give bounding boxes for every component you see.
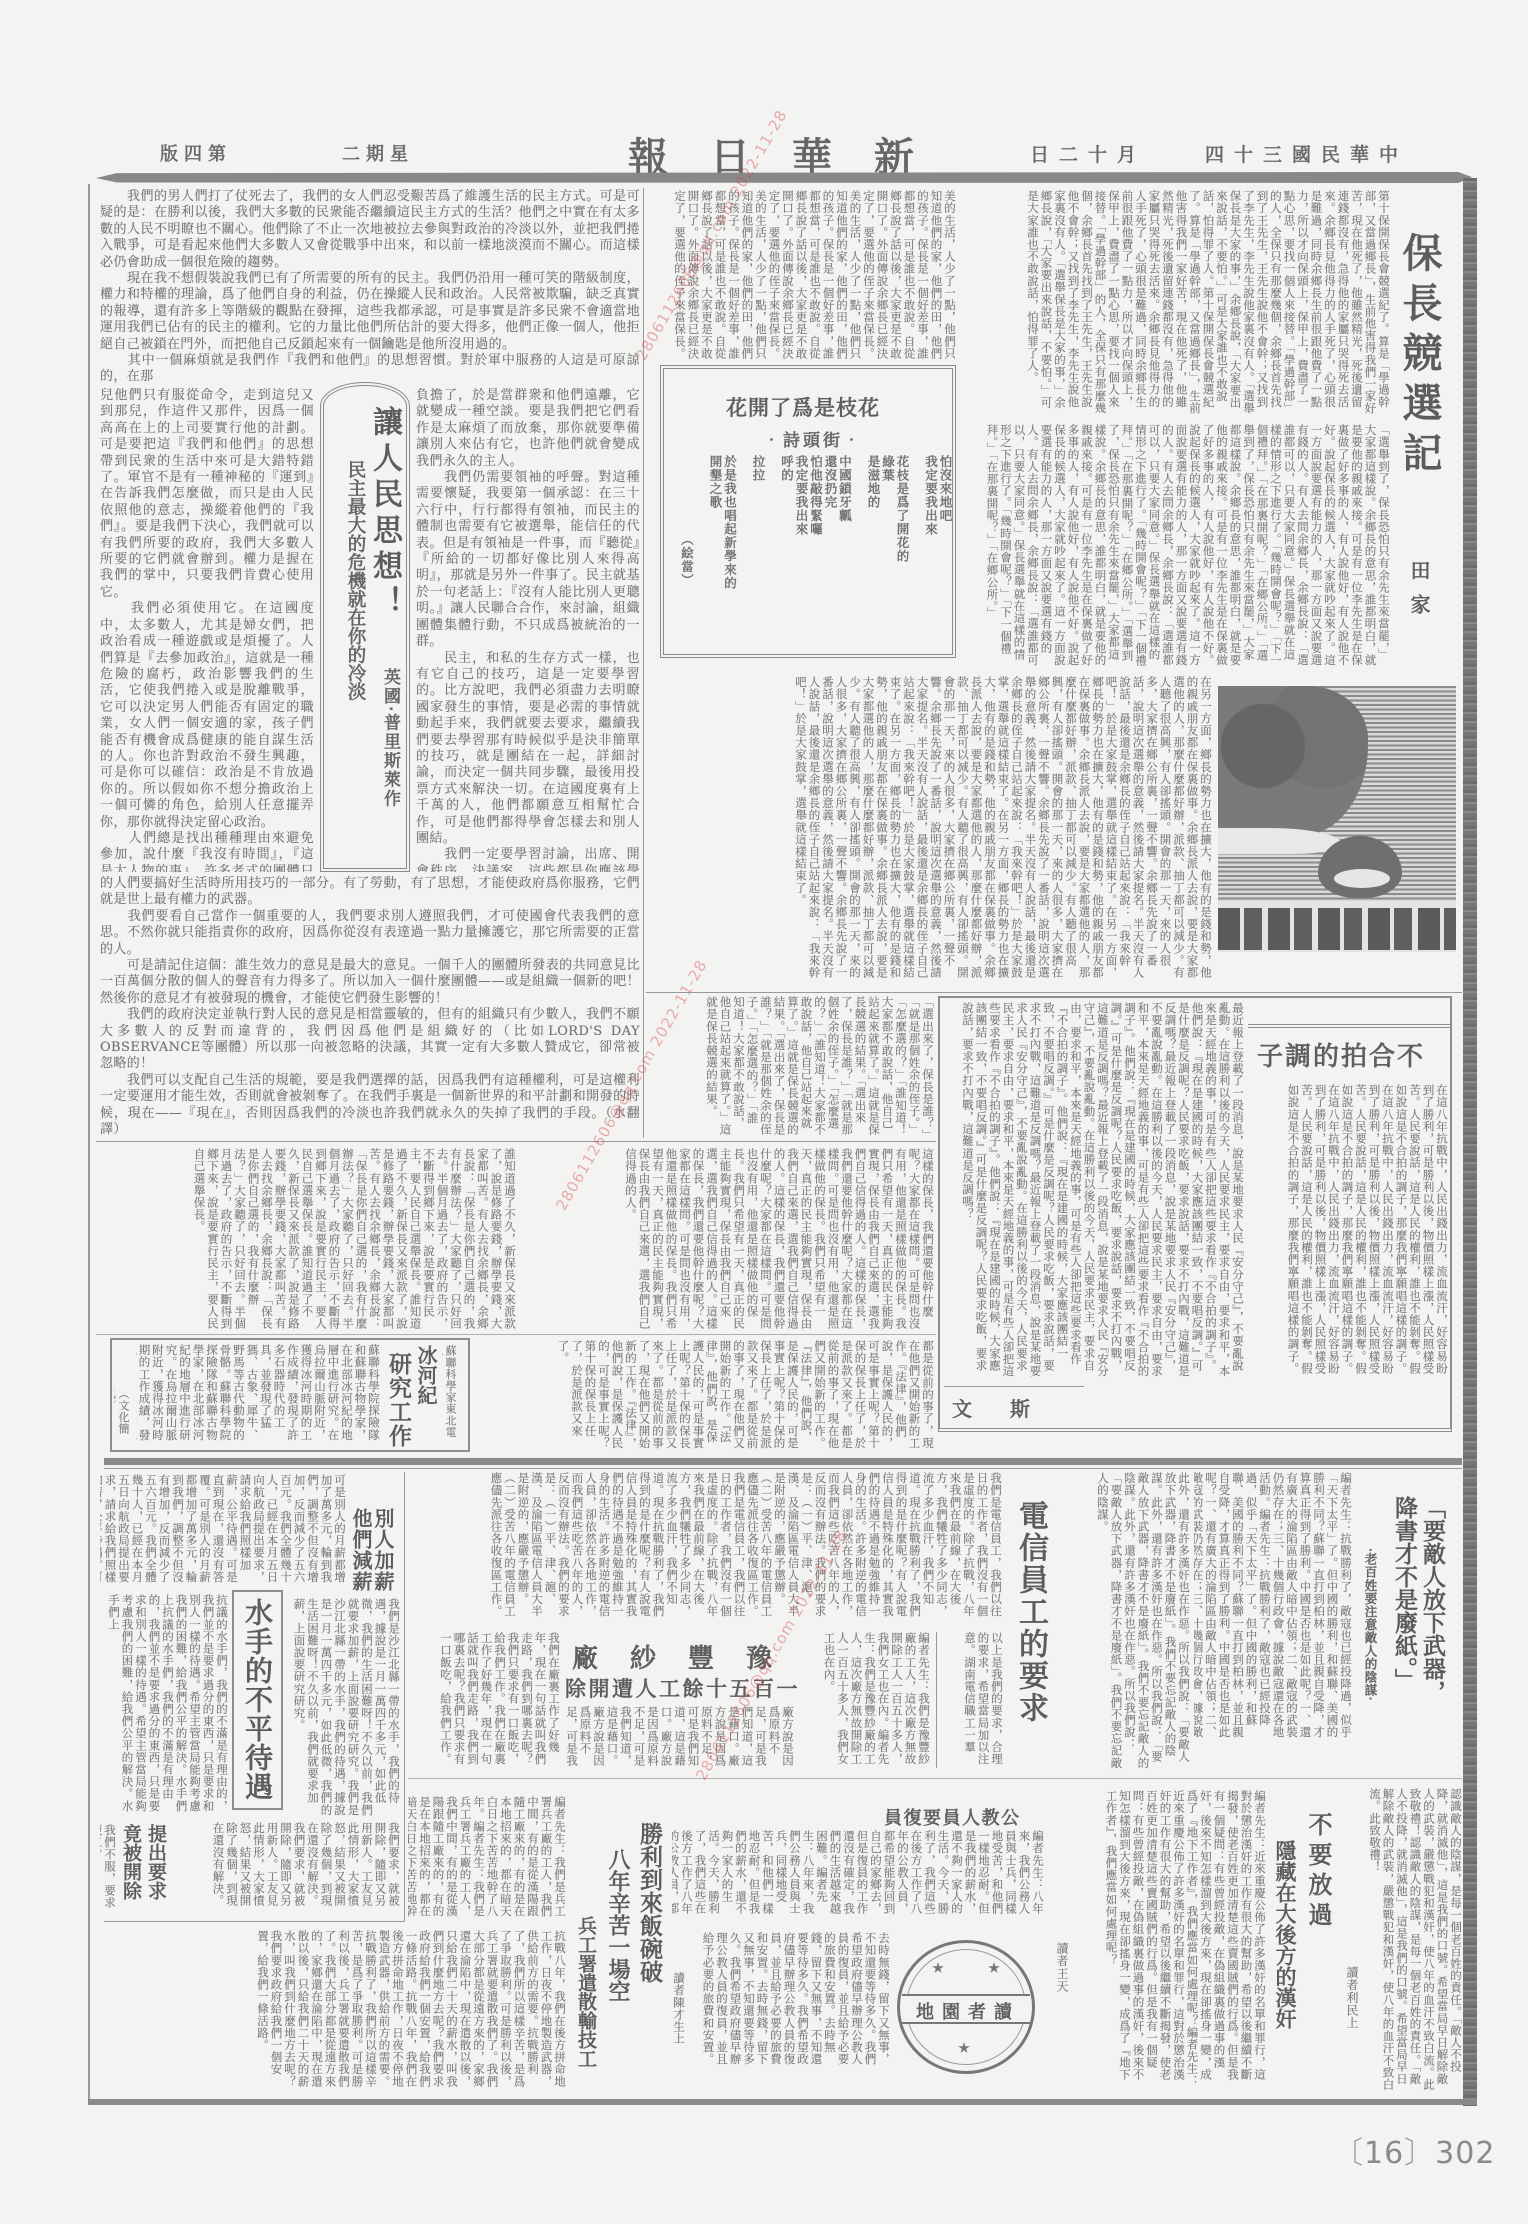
- civil-servants-title: 公教人員要復員: [884, 1804, 1021, 1830]
- section-rule: [96, 1141, 936, 1142]
- sailors-title: 水手的不平待遇: [242, 1598, 272, 1801]
- arsenal-title-3: 兵工署遣散輸技工: [574, 1916, 598, 2068]
- civil-servants-text-b: 去時無錢，留下又無事，不知還要等待多久。我們希望政府儘早辦理公教人員的復員，並且…: [688, 1932, 890, 2072]
- democracy-article-text-right: 負擔了，於是當群衆和他們遠離，它就變成一種空談。要是我們把它們看作是太麻煩了而放…: [416, 388, 640, 872]
- civil-servants-text: 編者先生：八年來，我們公務人員與士兵，同樣地受苦，和他們一樣地忍耐。但是我們的薪…: [672, 1830, 1044, 1924]
- date-day: 月十二日: [1030, 140, 1146, 167]
- woodcut-illustration: [1218, 686, 1456, 952]
- page-number: 〔16〕302: [1333, 2128, 1495, 2172]
- sailors-text: 抗議的水手們，我們的不滿是有理由的，我們並不是要求過分的東西，只是要求和別人一樣…: [100, 1594, 228, 1820]
- disarm-title: 「要敵人放下武器，降書才不是廢紙。」: [1388, 1496, 1446, 1708]
- poem-line: 我定要我出來: [794, 455, 809, 645]
- telecom-text-end: 以上是我們的要求，合理的要求，希望當局加以注意。湖南電信職工一羣: [941, 1632, 1003, 1772]
- column-rule-vertical: [404, 1472, 405, 1922]
- poem-line: 怕沒來地吧: [938, 455, 953, 645]
- textile-text-right: 編者先生：我們是豫豐紗廠的工人，這次廠方無故開除工人一百五十多人，我們女工也在內…: [798, 1632, 930, 1774]
- sailors-raise-text-b: 可是別人的月薪都增加了萬多元，輪到我們，調整不但沒有增加，反而減少了五六百元。我…: [100, 1474, 346, 1586]
- poem-line: 中國鎖牙瓤: [837, 455, 852, 645]
- column-rule-vertical: [643, 188, 644, 1138]
- readers-section-rule-thin: [104, 1468, 1462, 1469]
- traitors-title-2: 隱藏在大後方的漢奸: [1272, 1840, 1298, 2029]
- baozhang-text-tier2: 「選舉到了，保長恐怕只有余先生來當罷，」大家都這樣說。余鄉長的意思，誰都明白，就…: [962, 424, 1390, 672]
- democracy-article-text-left: 兒他們只有服從命令，走到這兒又到那兒，作這件又那件，因爲一個高高在上的上司要實行…: [100, 388, 314, 872]
- baozhang-title: 保長競選記: [1398, 232, 1440, 482]
- poem-line: 我定要我出來: [923, 455, 938, 645]
- baozhang-text-lower2: 「選出來了，保長是誰？」「就是那個姓余的侄子。」「怎麼選的？」「誰知道！大家都不…: [648, 996, 934, 1136]
- offbeat-title: 不合拍的調子: [1257, 1036, 1425, 1073]
- disarm-text-cont: 認識敵人的陰謀，是每一個老百姓的責任。「敵人不投降，就消滅他」，這是我們的口號。…: [1362, 1788, 1462, 2093]
- fired-title-1: 提出要求: [145, 1824, 167, 1900]
- fired-title-2: 竟被開除: [120, 1824, 142, 1900]
- baozhang-text-middle: 誰知道過了不久，新保長又來派款了，說是修路要錢，辦學要錢，大家都叫苦。有人去找余…: [100, 1148, 516, 1330]
- glacier-title: 冰河紀: [414, 1345, 438, 1405]
- frame-right-border: [1463, 178, 1477, 2106]
- textile-text-below: 廠方說是因爲原料不足，可是我們知道，這是藉口。廠方說是因爲原料不足，可是我們知道…: [566, 1706, 794, 1774]
- section-rule: [408, 1778, 1462, 1779]
- poem-line: 開墾之歌: [708, 455, 723, 645]
- disarm-text: 編者先生：抗戰勝利了，敵寇也已經投降過，似乎「天下太平」了。但中國的勝利，和蘇聯…: [1194, 1472, 1352, 1750]
- democracy-article-text-top: 我們的男人們打了仗死去了，我們的女人們忍受艱苦爲了維護生活的民主方式。可是可疑的…: [100, 189, 640, 386]
- bell-rim-icon: [1334, 869, 1390, 888]
- arsenal-text-top: 編者先生：我們是兵工署兵工廠的工人，我們中間，有的是從漢陽跟隨工廠來的，有的是在…: [408, 1796, 566, 1922]
- poem-line: 是滋地的: [866, 455, 881, 645]
- sailors-raise-text: 我們是沙江北縣一帶的水手，我們的待遇，據說是一月一萬四千多元，如此低微，我們的生…: [286, 1598, 400, 1818]
- glacier-subtitle: 研究工作: [384, 1352, 412, 1448]
- civil-servants-signature: 讀者陳才生上: [670, 1972, 685, 2062]
- disarm-text-b: 此外，還有許多漢奸也在作惡。所以我們說：「要敵人放下武器，降書才不是廢紙」。我們…: [1054, 1472, 1190, 1770]
- textile-text-left: 我們在廠裏工作了好幾年，現在一句話就叫我們走路，我們到哪裏去呢？我們只要求有一口…: [408, 1632, 560, 1774]
- fired-text: 我們不服，要求復工。: [100, 1824, 116, 1918]
- byline-rule: [944, 1386, 1084, 1387]
- glacier-text-right: 都是從前的事了，現在他們又開始新的工作。『法律』，他們說，是保護人民的，可是事實…: [478, 1340, 934, 1452]
- poem-line: 花枝是爲了開花的: [895, 455, 910, 645]
- poem-signature: （絵當）: [679, 455, 694, 645]
- readers-section-rule: [104, 1458, 1462, 1465]
- column-rule-vertical: [936, 1632, 937, 1768]
- poem-line: 還沒扔完: [823, 455, 838, 645]
- disarm-subtitle: ‧老百姓要注意敵人的陰謀‧: [1360, 1548, 1377, 1718]
- democracy-title: 讓人民思想！: [368, 406, 400, 622]
- glacier-source: （文化簡訊）: [114, 1388, 130, 1450]
- section-rule: [646, 992, 1462, 993]
- masthead-rule: [96, 172, 1472, 183]
- sailors-text-b: 我們要求，就被開除，隨即又另用新人。工友見此情形，大家憤怒，結果又被開除了幾個，…: [178, 1822, 400, 1918]
- date-year: 中華民國三十四: [1205, 140, 1408, 167]
- frame-bottom-border: [88, 2099, 1477, 2105]
- poem-line: 拉拉: [751, 455, 766, 645]
- weekday-label: 星期二: [342, 140, 414, 166]
- frame-left-border: [88, 184, 90, 2104]
- poem-body: 怕沒來地吧 我定要我出來 花枝是爲了開花的 綠葉 是滋地的 中國鎖牙瓤 還沒扔完…: [668, 455, 952, 645]
- poem-line: 怕他敲得緊囉: [808, 455, 823, 645]
- section-rule: [96, 1334, 936, 1335]
- disarm-signature: 讀者利民上: [1343, 1966, 1358, 2032]
- illustration-caption-lettering: [1218, 908, 1456, 950]
- sailors-raise-title-2: 他們減薪: [350, 1508, 372, 1592]
- arsenal-text-bottom: 抗戰八年，我們在後方拼命地工作，日夜不停地製造武器，供給前方的需要。抗戰勝利了，…: [100, 1930, 566, 2092]
- glacier-text: 蘇聯科學院探險隊和蘇聯古物學家，在北部冰河紀的地層中進行研究。在烏拉爾山脈附近，…: [136, 1344, 380, 1448]
- traitors-signature: 讀者王天: [1052, 1942, 1068, 2022]
- offbeat-text-b: 在這八年抗戰中，人民出錢出力，流血流汗，好容易盼到了勝利，可是勝利以後，物價照樣…: [1252, 1084, 1448, 1384]
- baozhang-text-lower: 在另一方面，鄉長的勢力也在擴大，他有的是錢和勢，他的親戚朋友都在保裏做事。余鄉長…: [648, 676, 1212, 988]
- traitors-title-1: 不要放過: [1304, 1812, 1332, 1932]
- poem-line: 綠葉: [880, 455, 895, 645]
- offbeat-text-a: 最近報上登載了一段消息，說是某地要求人民『安分守己』，不要亂說亂動。在這勝利以後…: [944, 1002, 1244, 1382]
- baozhang-author: 田家: [1408, 560, 1430, 628]
- section-rule: [104, 1921, 404, 1922]
- traitors-text: 編者先生：近來重慶公佈了許多漢奸的名單和罪行，這對於懲治漢奸的工作有很大的幫助，…: [1074, 1790, 1266, 2090]
- page-section-label: 第四版: [160, 140, 232, 166]
- arsenal-title-1: 勝利到來飯碗破: [636, 1822, 662, 1983]
- telecom-text: 我們是電信員工，我們以往日的工作者，我們沒有一個是虛度的。除了抗戰，八年來我們在…: [408, 1472, 1002, 1624]
- democracy-author: 英國‧普里斯萊作: [380, 668, 400, 808]
- poem-subtitle: ‧街頭詩‧: [763, 426, 863, 451]
- arsenal-title-2: 八年辛苦一場空: [605, 1848, 631, 2002]
- poem-title: 花枝是爲了開花: [726, 392, 880, 422]
- glacier-prelude: 蘇聯科學家東北電訊：: [442, 1345, 457, 1447]
- offbeat-author: 斯文: [952, 1393, 1068, 1422]
- telecom-title: 電信員工的要求: [1013, 1500, 1047, 1724]
- poem-line: 呼的: [779, 455, 794, 645]
- sailors-raise-title-1: 別人加薪: [372, 1508, 394, 1592]
- democracy-article-text-bottom: 的人們要搞好生活時所用技巧的一部分。有了勞動，有了思想，才能使政府爲你服務，它們…: [100, 876, 640, 1136]
- emblem-label: 讀者園地: [916, 1998, 1020, 2024]
- baozhang-text-tier1: 第十保開保長會競選紀了。算是「學過幹部，又當過鄉長」，生前他害得我們一家好苦，現…: [962, 190, 1390, 418]
- democracy-subtitle: 民主最大的危機就在你的冷淡: [345, 460, 365, 701]
- poem-line: 於是我也唱起新學來的: [722, 455, 737, 645]
